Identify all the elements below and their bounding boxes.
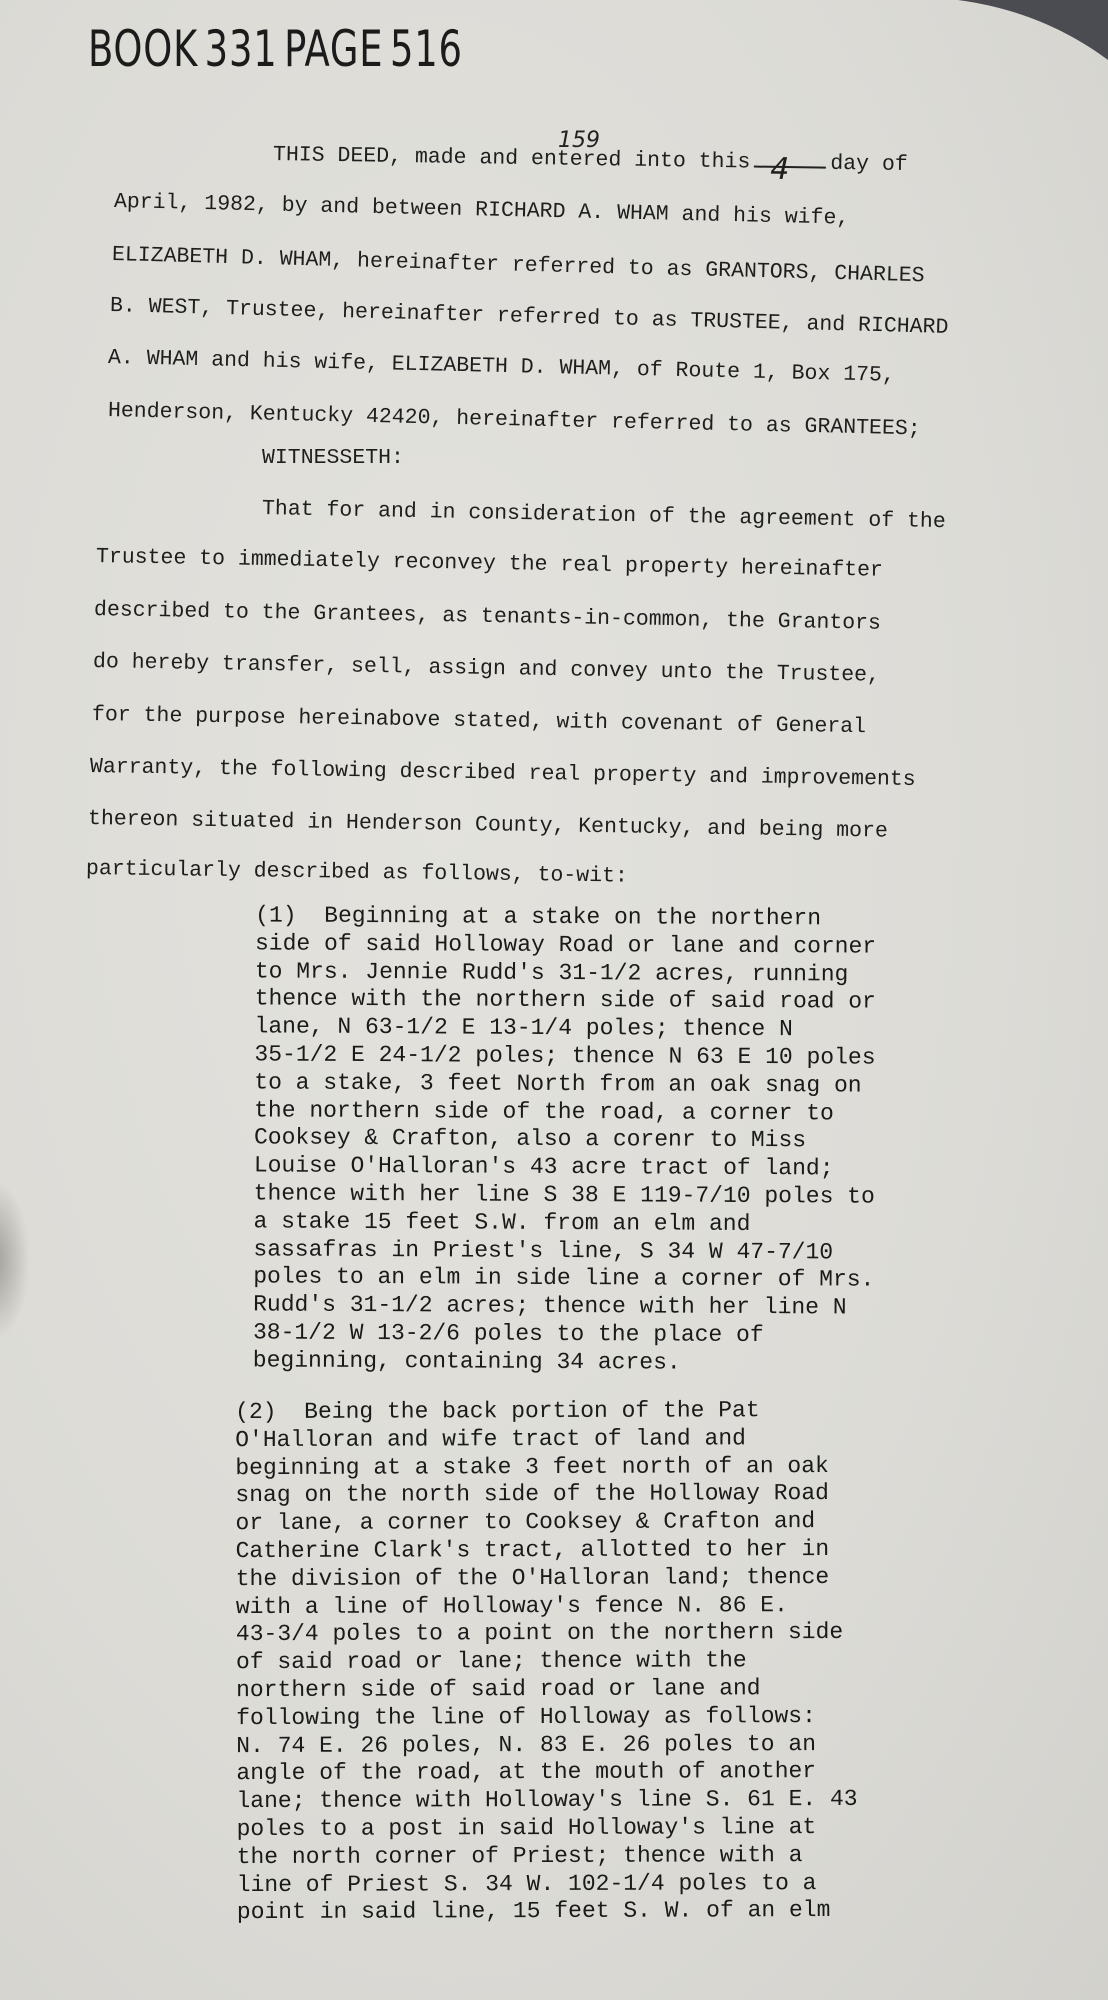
tract-line: beginning, containing 34 acres.	[253, 1347, 874, 1378]
tract-line: (2) Being the back portion of the Pat	[235, 1397, 856, 1427]
intro-line-1: THIS DEED, made and entered into this4da…	[273, 143, 908, 177]
tract-line: to a stake, 3 feet North from an oak sna…	[254, 1069, 875, 1100]
consideration-line: do hereby transfer, sell, assign and con…	[93, 650, 880, 688]
tract-2: (2) Being the back portion of the PatO'H…	[235, 1397, 858, 1927]
page-label: PAGE	[284, 20, 383, 78]
intro-line: A. WHAM and his wife, ELIZABETH D. WHAM,…	[108, 346, 895, 388]
tract-line: or lane, a corner to Cooksey & Crafton a…	[235, 1508, 856, 1538]
tract-line: of said road or lane; thence with the	[236, 1647, 857, 1677]
tract-line: Cooksey & Crafton, also a corenr to Miss	[254, 1125, 875, 1156]
tract-line: N. 74 E. 26 poles, N. 83 E. 26 poles to …	[236, 1730, 857, 1760]
tract-line: line of Priest S. 34 W. 102-1/4 poles to…	[237, 1869, 858, 1899]
tract-line: lane; thence with Holloway's line S. 61 …	[236, 1786, 857, 1816]
tract-line: (1) Beginning at a stake on the northern	[255, 902, 876, 933]
tract-line: side of said Holloway Road or lane and c…	[255, 930, 876, 961]
tract-line: O'Halloran and wife tract of land and	[235, 1425, 856, 1455]
intro-line: B. WEST, Trustee, hereinafter referred t…	[110, 294, 949, 340]
tract-line: 43-3/4 poles to a point on the northern …	[236, 1619, 857, 1649]
tract-line: the north corner of Priest; thence with …	[237, 1842, 858, 1872]
witnesseth-heading: WITNESSETH:	[262, 446, 404, 470]
tract-line: thence with her line S 38 E 119-7/10 pol…	[254, 1180, 875, 1211]
tract-line: Rudd's 31-1/2 acres; thence with her lin…	[253, 1292, 874, 1323]
tract-line: beginning at a stake 3 feet north of an …	[235, 1453, 856, 1483]
tract-1: (1) Beginning at a stake on the northern…	[253, 902, 877, 1378]
finger-shadow	[0, 1180, 30, 1340]
tract-line: Louise O'Halloran's 43 acre tract of lan…	[254, 1153, 875, 1184]
tract-line: 38-1/2 W 13-2/6 poles to the place of	[253, 1319, 874, 1350]
intro-line: Henderson, Kentucky 42420, hereinafter r…	[108, 399, 921, 441]
tract-line: sassafras in Priest's line, S 34 W 47-7/…	[253, 1236, 874, 1267]
page-number: 516	[390, 20, 463, 78]
tract-line: the division of the O'Halloran land; the…	[236, 1564, 857, 1594]
tract-line: northern side of said road or lane and	[236, 1675, 857, 1705]
intro-line: April, 1982, by and between RICHARD A. W…	[114, 190, 850, 231]
tract-line: the northern side of the road, a corner …	[254, 1097, 875, 1128]
tract-line: angle of the road, at the mouth of anoth…	[236, 1758, 857, 1788]
tract-line: point in said line, 15 feet S. W. of an …	[237, 1897, 858, 1927]
consideration-line: Trustee to immediately reconvey the real…	[96, 545, 883, 583]
book-label: BOOK	[88, 20, 198, 78]
consideration-line: for the purpose hereinabove stated, with…	[92, 703, 866, 739]
consideration-line: Warranty, the following described real p…	[90, 755, 916, 792]
day-handwritten: 4	[770, 152, 790, 187]
tract-line: snag on the north side of the Holloway R…	[235, 1480, 856, 1510]
tract-line: 35-1/2 E 24-1/2 poles; thence N 63 E 10 …	[254, 1041, 875, 1072]
consideration-line: particularly described as follows, to-wi…	[86, 857, 628, 889]
consideration-line: described to the Grantees, as tenants-in…	[94, 598, 881, 636]
tract-line: poles to an elm in side line a corner of…	[253, 1264, 874, 1295]
day-blank: 4	[754, 166, 826, 169]
tract-line: poles to a post in said Holloway's line …	[237, 1814, 858, 1844]
book-page-stamp: BOOK331PAGE516	[88, 20, 469, 78]
tract-line: lane, N 63-1/2 E 13-1/4 poles; thence N	[255, 1014, 876, 1045]
intro-line: ELIZABETH D. WHAM, hereinafter referred …	[112, 243, 925, 288]
book-number: 331	[205, 20, 278, 78]
tract-line: following the line of Holloway as follow…	[236, 1703, 857, 1733]
tract-line: Catherine Clark's tract, allotted to her…	[236, 1536, 857, 1566]
tract-line: with a line of Holloway's fence N. 86 E.	[236, 1591, 857, 1621]
consideration-line: That for and in consideration of the agr…	[262, 497, 946, 534]
tract-line: thence with the northern side of said ro…	[255, 986, 876, 1017]
consideration-line: thereon situated in Henderson County, Ke…	[88, 807, 888, 844]
tract-line: to Mrs. Jennie Rudd's 31-1/2 acres, runn…	[255, 958, 876, 989]
background-corner	[958, 0, 1108, 60]
tract-line: a stake 15 feet S.W. from an elm and	[253, 1208, 874, 1239]
deed-page: BOOK331PAGE516 159 THIS DEED, made and e…	[0, 0, 1108, 2000]
